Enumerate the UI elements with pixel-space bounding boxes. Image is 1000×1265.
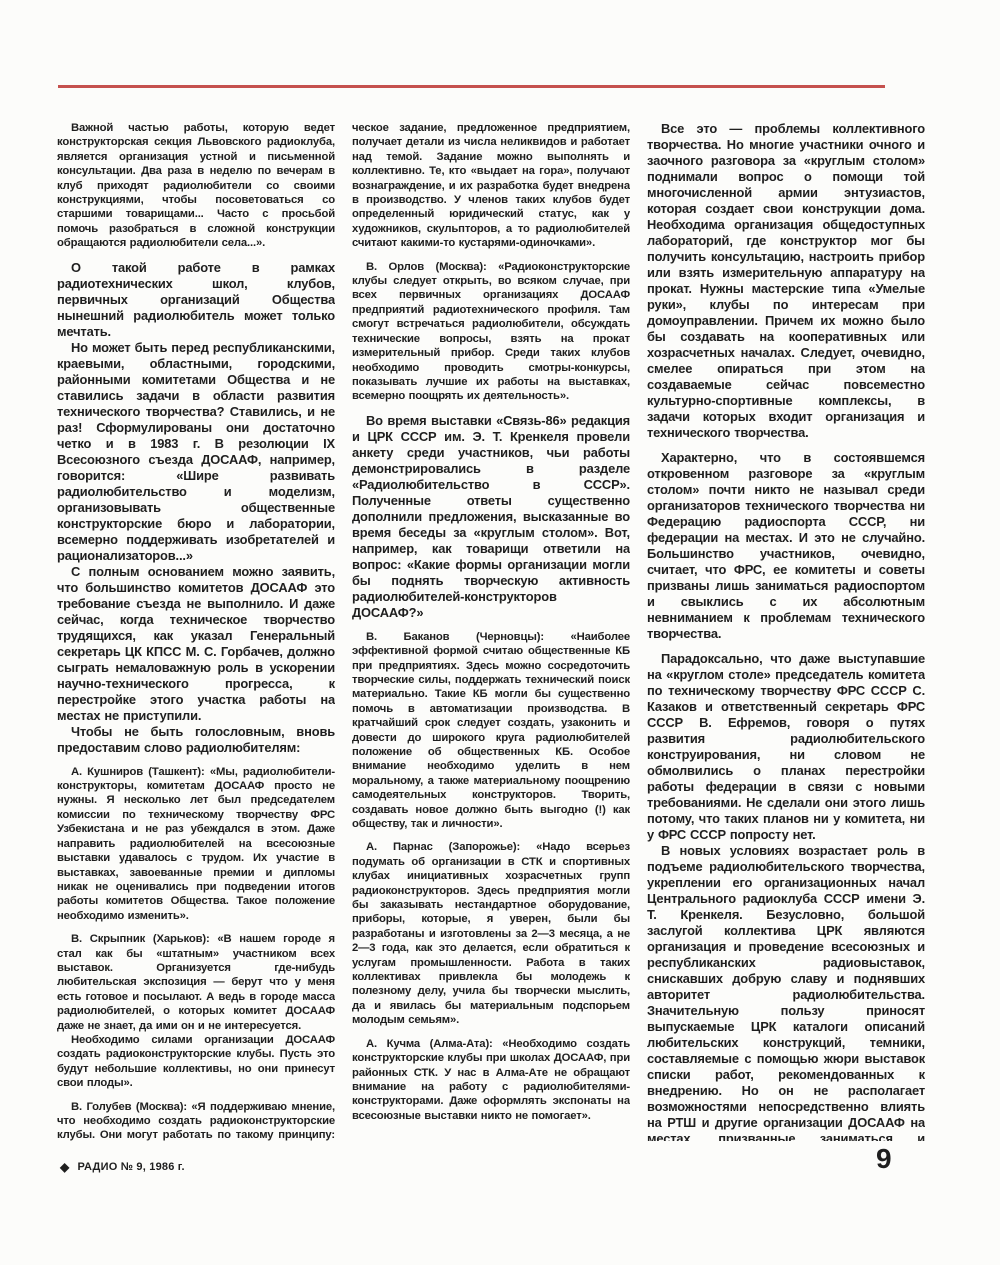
page-number: 9 [876,1143,892,1175]
quote-paragraph: В. Голубев (Москва): «Я поддерживаю мнен… [57,1100,335,1141]
diamond-icon: ◆ [60,1161,69,1173]
footer: ◆ РАДИО № 9, 1986 г. [60,1161,185,1173]
quote-text: (Черновцы): «Наиболее эффективной формой… [352,631,630,830]
speaker-name: А. Кушниров [71,766,143,778]
speaker-name: В. Голубев [71,1101,131,1113]
magazine-page: Важной частью работы, которую ведет конс… [0,0,1000,1265]
paragraph: Важной частью работы, которую ведет конс… [57,121,335,251]
paragraph: Парадоксально, что даже выступавшие на «… [647,651,925,843]
quote-text: (Харьков): «В нашем городе я стал как бы… [57,933,335,1031]
paragraph: Характерно, что в состоявшемся откровенн… [647,450,925,642]
quote-paragraph: В. Баканов (Черновцы): «Наиболее эффекти… [352,630,630,832]
column-3: Все это — проблемы коллективного творчес… [647,121,925,1141]
quote-paragraph: А. Кушниров (Ташкент): «Мы, радиолюбител… [57,765,335,923]
quote-paragraph: А. Парнас (Запорожье): «Надо всерьез под… [352,840,630,1027]
journal-issue-label: РАДИО № 9, 1986 г. [77,1161,184,1173]
paragraph: Чтобы не быть голословным, вновь предост… [57,724,335,756]
quote-paragraph: В. Скрыпник (Харьков): «В нашем городе я… [57,932,335,1033]
article-columns: Важной частью работы, которую ведет конс… [57,121,925,1141]
top-rule-line [58,85,885,88]
speaker-name: А. Парнас [366,841,433,853]
quote-text: (Запорожье): «Надо всерьез подумать об о… [352,841,630,1026]
quote-paragraph: В. Орлов (Москва): «Радиоконструкторские… [352,260,630,404]
editorial-paragraph: Во время выставки «Связь-86» редакция и … [352,413,630,621]
speaker-name: В. Баканов [366,631,449,643]
speaker-name: А. Кучма [366,1038,420,1050]
quote-text: (Москва): «Радиоконструкторские клубы сл… [352,261,630,403]
quote-text: (Алма-Ата): «Необходимо создать конструк… [352,1038,630,1122]
paragraph: С полным основанием можно заявить, что б… [57,564,335,724]
paragraph: ческое задание, предложенное предприятие… [352,121,630,251]
paragraph: В новых условиях возрастает роль в подъе… [647,843,925,1141]
paragraph: Все это — проблемы коллективного творчес… [647,121,925,441]
paragraph: О такой работе в рамках радиотехнических… [57,260,335,340]
quote-text: (Ташкент): «Мы, радиолюбители-конструкто… [57,766,335,922]
quote-paragraph: А. Кучма (Алма-Ата): «Необходимо создать… [352,1037,630,1123]
column-2: ческое задание, предложенное предприятие… [352,121,630,1141]
paragraph: Но может быть перед республиканскими, кр… [57,340,335,564]
column-1: Важной частью работы, которую ведет конс… [57,121,335,1141]
speaker-name: В. Скрыпник [71,933,145,945]
paragraph: Необходимо силами организации ДОСААФ соз… [57,1033,335,1091]
speaker-name: В. Орлов [366,261,424,273]
